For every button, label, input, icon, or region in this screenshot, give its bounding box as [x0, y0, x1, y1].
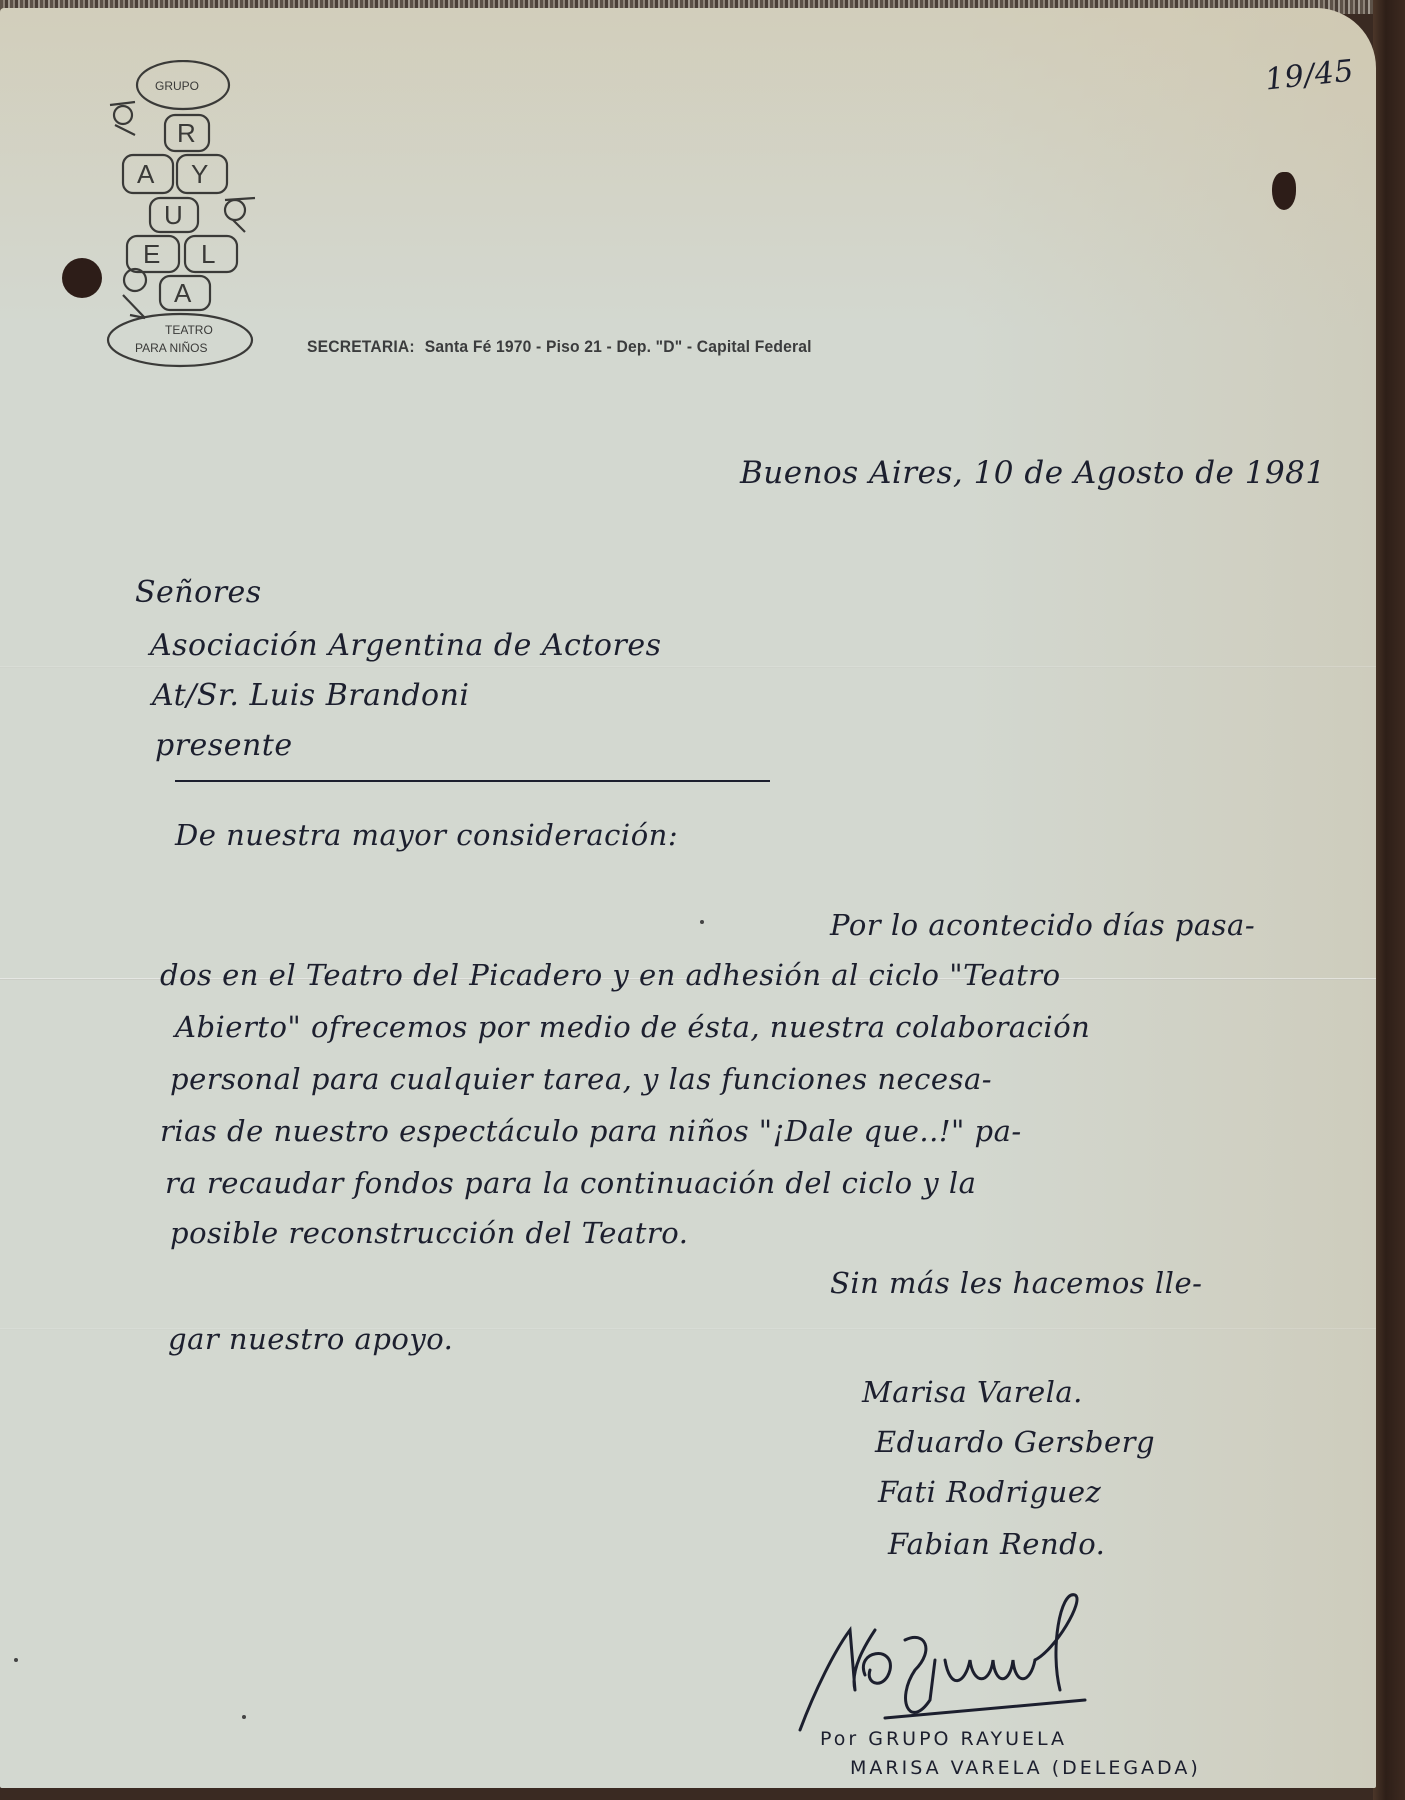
recipient-attention: At/Sr. Luis Brandoni: [152, 678, 470, 713]
address-underline: [175, 780, 770, 782]
handwritten-signature: [795, 1590, 1125, 1740]
body-line: Abierto" ofrecemos por medio de ésta, nu…: [175, 1010, 1090, 1044]
signature-por-line: Por GRUPO RAYUELA: [820, 1728, 1067, 1750]
paper-fold-line: [0, 666, 1376, 668]
table-surface-right: [1373, 0, 1405, 1800]
svg-text:U: U: [164, 200, 183, 230]
body-line: rias de nuestro espectáculo para niños "…: [160, 1114, 1022, 1148]
recipient-organization: Asociación Argentina de Actores: [150, 628, 661, 663]
paper-speck: [700, 920, 704, 924]
signatory-name: Eduardo Gersberg: [875, 1425, 1155, 1459]
body-line: dos en el Teatro del Picadero y en adhes…: [160, 958, 1061, 992]
punch-hole: [62, 258, 102, 298]
body-line: Por lo acontecido días pasa-: [830, 908, 1255, 942]
greeting: De nuestra mayor consideración:: [175, 818, 678, 852]
body-line: ra recaudar fondos para la continuación …: [165, 1166, 976, 1200]
svg-text:A: A: [174, 278, 192, 308]
date-line: Buenos Aires, 10 de Agosto de 1981: [740, 455, 1326, 491]
body-line: posible reconstrucción del Teatro.: [170, 1216, 688, 1250]
signatory-name: Fati Rodriguez: [878, 1475, 1101, 1509]
closing-line: Sin más les hacemos lle-: [830, 1266, 1202, 1300]
closing-line: gar nuestro apoyo.: [168, 1322, 453, 1356]
recipient-salutation: Señores: [135, 575, 262, 610]
svg-text:R: R: [177, 118, 196, 148]
recipient-presente: presente: [155, 728, 293, 763]
svg-text:Y: Y: [191, 159, 208, 189]
secretaria-label: SECRETARIA:: [307, 337, 415, 356]
letterhead-address: SECRETARIA: Santa Fé 1970 - Piso 21 - De…: [307, 337, 812, 357]
body-line: personal para cualquier tarea, y las fun…: [170, 1062, 992, 1096]
svg-text:TEATRO: TEATRO: [165, 323, 213, 337]
punch-hole: [1272, 172, 1296, 210]
svg-text:L: L: [201, 239, 215, 269]
paper-speck: [242, 1715, 246, 1719]
svg-text:A: A: [137, 159, 155, 189]
secretaria-address: Santa Fé 1970 - Piso 21 - Dep. "D" - Cap…: [425, 337, 812, 356]
paper-speck: [14, 1658, 18, 1662]
svg-text:E: E: [143, 239, 160, 269]
signatory-name: Fabian Rendo.: [888, 1527, 1105, 1561]
svg-text:PARA NIÑOS: PARA NIÑOS: [135, 341, 207, 355]
logo-top-label: GRUPO: [155, 79, 199, 93]
grupo-rayuela-logo: GRUPO R A Y U E L A TEATRO PARA NIÑOS: [105, 60, 275, 370]
signature-name-line: MARISA VARELA (DELEGADA): [850, 1757, 1201, 1779]
signatory-name: Marisa Varela.: [862, 1375, 1083, 1409]
